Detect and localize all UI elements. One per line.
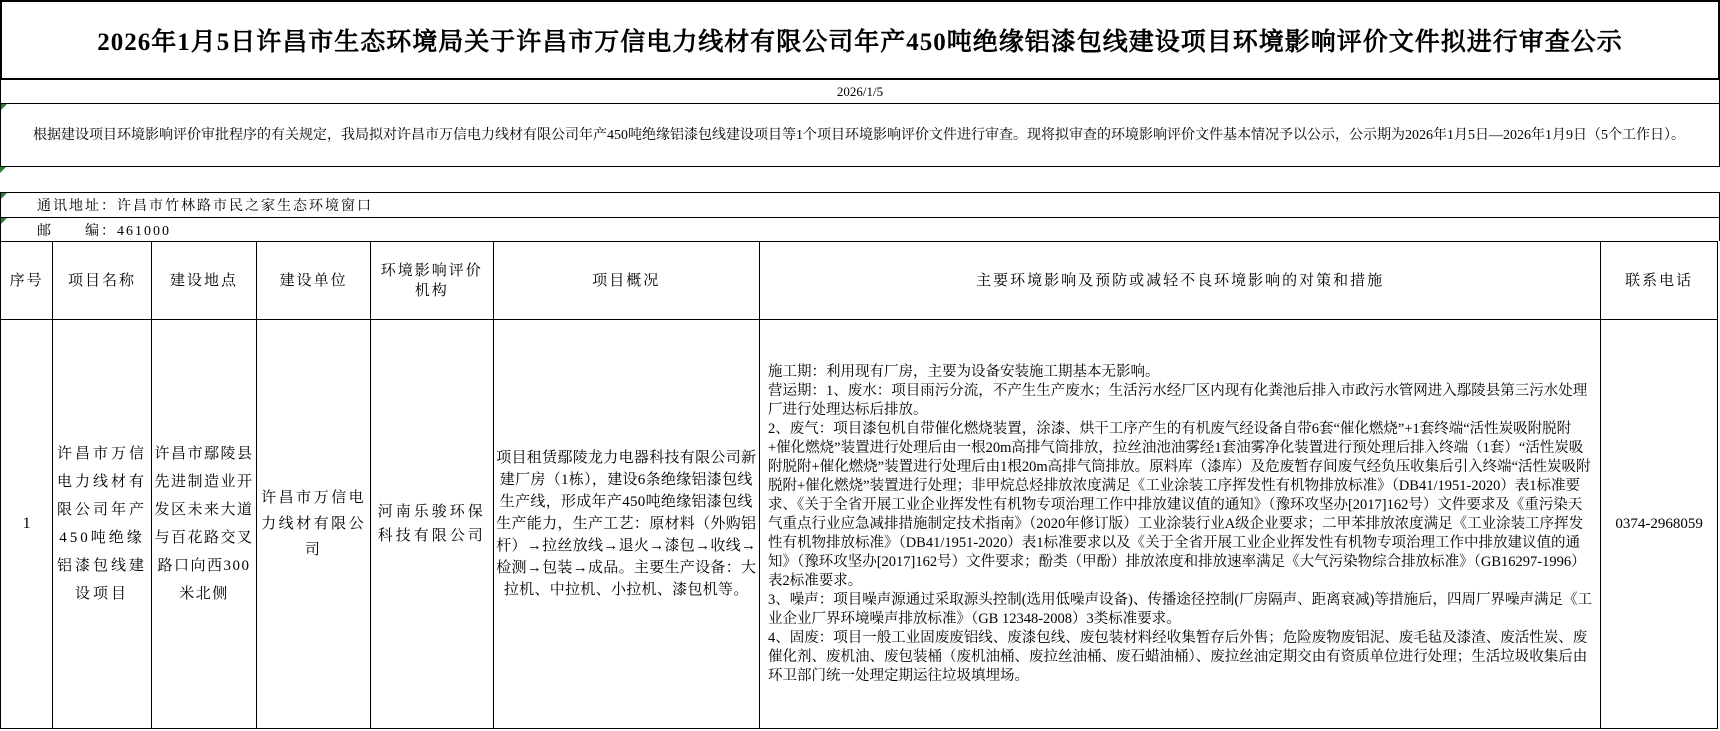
page-title: 2026年1月5日许昌市生态环境局关于许昌市万信电力线材有限公司年产450吨绝缘… [97,22,1623,58]
table-row: 1 许昌市万信电力线材有限公司年产450吨绝缘铝漆包线建设项目 许昌市鄢陵县先进… [1,320,1718,729]
col-header-phone: 联系电话 [1601,242,1718,320]
cell-eia-agency: 河南乐骏环保科技有限公司 [370,320,493,729]
cell-builder: 许昌市万信电力线材有限公司 [257,320,371,729]
cell-project-name: 许昌市万信电力线材有限公司年产450吨绝缘铝漆包线建设项目 [53,320,152,729]
col-header-eia-agency: 环境影响评价机构 [370,242,493,320]
cell-error-indicator-icon [1,193,7,199]
col-header-location: 建设地点 [151,242,257,320]
cell-measures: 施工期：利用现有厂房，主要为设备安装施工期基本无影响。营运期：1、废水：项目雨污… [759,320,1600,729]
public-notice-sheet: 2026年1月5日许昌市生态环境局关于许昌市万信电力线材有限公司年产450吨绝缘… [0,0,1720,731]
cell-error-indicator-icon [0,167,6,173]
col-header-project-name: 项目名称 [53,242,152,320]
col-header-overview: 项目概况 [493,242,759,320]
contact-address: 通讯地址：许昌市竹林路市民之家生态环境窗口 [37,195,373,215]
cell-error-indicator-icon [1,218,7,224]
postal-code: 邮 编：461000 [37,220,171,240]
cell-overview: 项目租赁鄢陵龙力电器科技有限公司新建厂房（1栋），建设6条绝缘铝漆包线生产线，形… [493,320,759,729]
cell-phone: 0374-2968059 [1601,320,1718,729]
title-bar: 2026年1月5日许昌市生态环境局关于许昌市万信电力线材有限公司年产450吨绝缘… [0,0,1720,80]
contact-address-row: 通讯地址：许昌市竹林路市民之家生态环境窗口 [0,193,1720,218]
cell-location: 许昌市鄢陵县先进制造业开发区未来大道与百花路交叉路口向西300米北侧 [151,320,257,729]
table-header-row: 序号 项目名称 建设地点 建设单位 环境影响评价机构 项目概况 主要环境影响及预… [1,242,1718,320]
cell-error-indicator-icon [1,104,7,110]
eia-review-table: 序号 项目名称 建设地点 建设单位 环境影响评价机构 项目概况 主要环境影响及预… [0,241,1718,729]
notice-paragraph-row: 根据建设项目环境影响评价审批程序的有关规定，我局拟对许昌市万信电力线材有限公司年… [0,104,1720,167]
postal-code-row: 邮 编：461000 [0,218,1720,241]
notice-date: 2026/1/5 [0,80,1720,104]
spacer-row [0,167,1720,193]
col-header-builder: 建设单位 [257,242,371,320]
cell-seq: 1 [1,320,53,729]
notice-paragraph: 根据建设项目环境影响评价审批程序的有关规定，我局拟对许昌市万信电力线材有限公司年… [1,126,1719,145]
col-header-seq: 序号 [1,242,53,320]
col-header-measures: 主要环境影响及预防或减轻不良环境影响的对策和措施 [759,242,1600,320]
